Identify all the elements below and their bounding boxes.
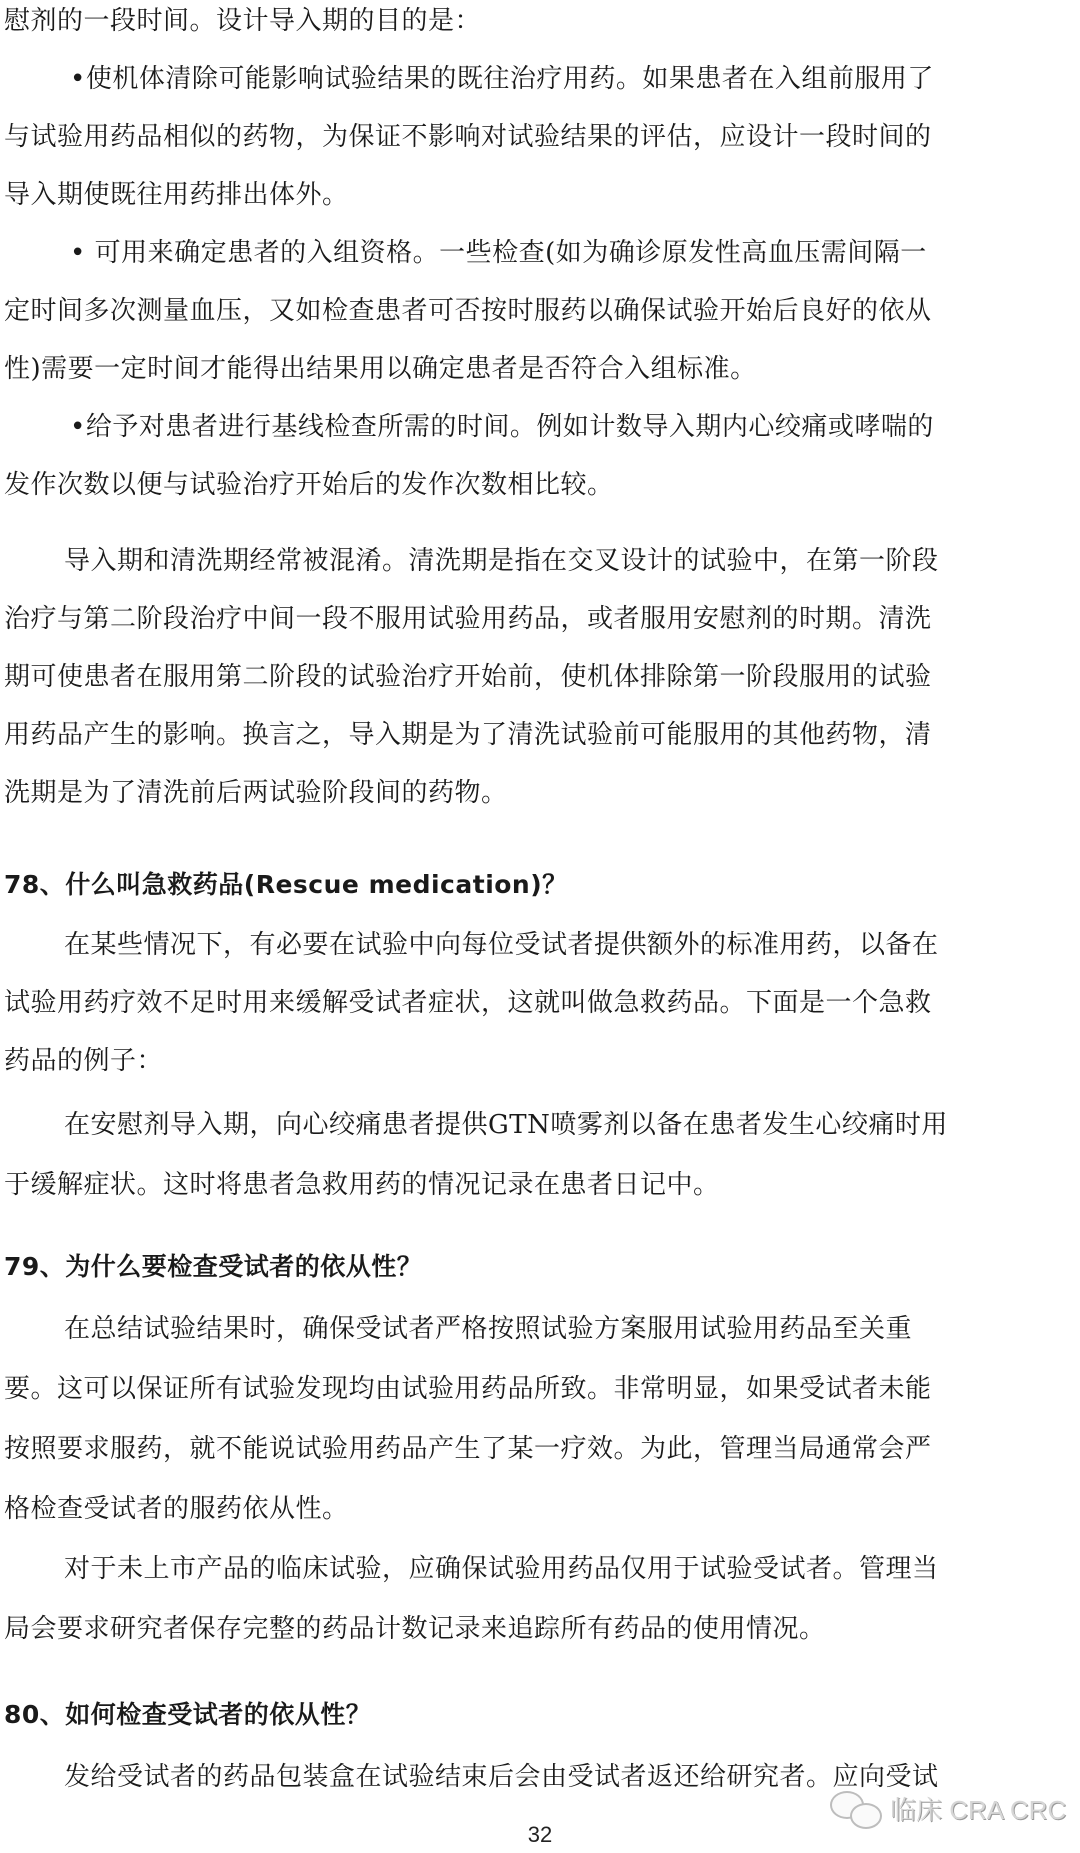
text-line: 慰剂的一段时间。设计导入期的目的是：	[4, 6, 481, 36]
text-line: 试验用药疗效不足时用来缓解受试者症状，这就叫做急救药品。下面是一个急救	[4, 988, 932, 1018]
text-line: 在总结试验结果时，确保受试者严格按照试验方案服用试验用药品至关重	[64, 1314, 912, 1344]
text-line: 期可使患者在服用第二阶段的试验治疗开始前，使机体排除第一阶段服用的试验	[4, 662, 932, 692]
section-heading: 79、为什么要检查受试者的依从性？	[4, 1252, 422, 1282]
text-line: 局会要求研究者保存完整的药品计数记录来追踪所有药品的使用情况。	[4, 1614, 826, 1644]
text-line: 用药品产生的影响。换言之，导入期是为了清洗试验前可能服用的其他药物，清	[4, 720, 932, 750]
text-line: 对于未上市产品的临床试验，应确保试验用药品仅用于试验受试者。管理当	[64, 1554, 939, 1584]
text-line: • 可用来确定患者的入组资格。一些检查(如为确诊原发性高血压需间隔一	[70, 238, 927, 268]
text-line: •使机体清除可能影响试验结果的既往治疗用药。如果患者在入组前服用了	[70, 64, 934, 94]
text-line: 与试验用药品相似的药物，为保证不影响对试验结果的评估，应设计一段时间的	[4, 122, 932, 152]
text-line: 按照要求服药，就不能说试验用药品产生了某一疗效。为此，管理当局通常会严	[4, 1434, 932, 1464]
text-line: 洗期是为了清洗前后两试验阶段间的药物。	[4, 778, 508, 808]
page-number: 32	[0, 1822, 1080, 1848]
text-line: 导入期使既往用药排出体外。	[4, 180, 349, 210]
text-line: 性)需要一定时间才能得出结果用以确定患者是否符合入组标准。	[4, 354, 757, 384]
text-line: 在安慰剂导入期，向心绞痛患者提供GTN喷雾剂以备在患者发生心绞痛时用	[64, 1110, 948, 1140]
text-line: 于缓解症状。这时将患者急救用药的情况记录在患者日记中。	[4, 1170, 720, 1200]
text-line: •给予对患者进行基线检查所需的时间。例如计数导入期内心绞痛或哮喘的	[70, 412, 934, 442]
text-line: 定时间多次测量血压，又如检查患者可否按时服药以确保试验开始后良好的依从	[4, 296, 932, 326]
section-heading: 80、如何检查受试者的依从性？	[4, 1700, 371, 1730]
text-line: 在某些情况下，有必要在试验中向每位受试者提供额外的标准用药，以备在	[64, 930, 939, 960]
section-heading: 78、什么叫急救药品(Rescue medication)？	[4, 870, 568, 900]
text-line: 发作次数以便与试验治疗开始后的发作次数相比较。	[4, 470, 614, 500]
text-line: 治疗与第二阶段治疗中间一段不服用试验用药品，或者服用安慰剂的时期。清洗	[4, 604, 932, 634]
text-line: 发给受试者的药品包装盒在试验结束后会由受试者返还给研究者。应向受试	[64, 1762, 939, 1792]
text-line: 格检查受试者的服药依从性。	[4, 1494, 349, 1524]
text-line: 要。这可以保证所有试验发现均由试验用药品所致。非常明显，如果受试者未能	[4, 1374, 932, 1404]
text-line: 导入期和清洗期经常被混淆。清洗期是指在交叉设计的试验中，在第一阶段	[64, 546, 939, 576]
text-line: 药品的例子：	[4, 1046, 163, 1076]
